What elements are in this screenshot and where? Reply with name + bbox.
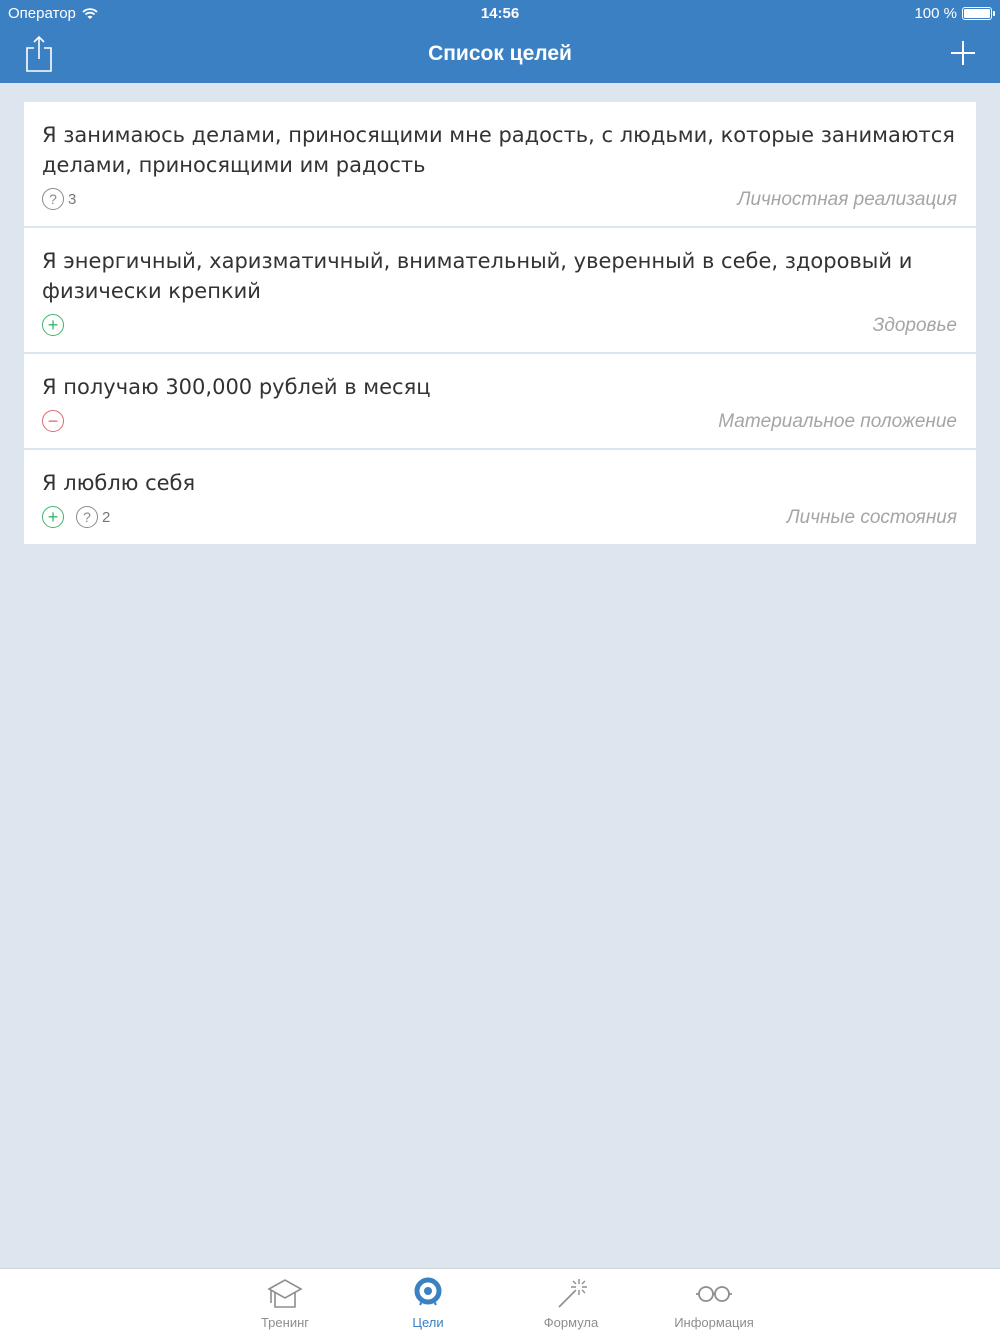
tab-training[interactable]: Тренинг [225,1277,345,1330]
goal-meta: + [42,312,957,338]
minus-circle-icon: − [42,410,64,432]
battery-percent: 100 % [914,5,957,22]
goal-item[interactable]: Я люблю себя + ? 2 Личные состояния [24,450,976,546]
target-icon [408,1277,448,1309]
goal-category: Личные состояния [787,507,957,529]
tab-label: Информация [674,1315,754,1330]
goal-text: Я люблю себя [42,468,957,498]
status-bar: Оператор 14:56 100 % [0,0,1000,28]
status-time: 14:56 [0,5,1000,22]
question-count: 2 [102,509,110,526]
page-title: Список целей [0,42,1000,66]
tab-bar: Тренинг Цели Формула Информация [0,1268,1000,1333]
glasses-icon [694,1277,734,1309]
tab-information[interactable]: Информация [654,1277,774,1330]
plus-circle-icon: + [42,506,64,528]
battery-icon [962,7,992,20]
question-icon: ? [76,506,98,528]
goals-list: Я занимаюсь делами, приносящими мне радо… [24,102,976,546]
goal-item[interactable]: Я занимаюсь делами, приносящими мне радо… [24,102,976,228]
magic-wand-icon [551,1277,591,1309]
graduation-cap-icon [265,1277,305,1309]
add-goal-button[interactable] [950,40,976,66]
question-icon: ? [42,188,64,210]
goal-category: Материальное положение [718,411,957,433]
tab-label: Тренинг [261,1315,309,1330]
plus-icon [950,40,976,66]
goal-category: Личностная реализация [737,189,957,211]
question-count: 3 [68,191,76,208]
tab-label: Цели [412,1315,443,1330]
battery-status: 100 % [914,5,992,22]
goal-item[interactable]: Я энергичный, харизматичный, внимательны… [24,228,976,354]
goal-text: Я энергичный, харизматичный, внимательны… [42,246,957,306]
goal-item[interactable]: Я получаю 300,000 рублей в месяц − Матер… [24,354,976,450]
goal-text: Я занимаюсь делами, приносящими мне радо… [42,120,957,180]
plus-circle-icon: + [42,314,64,336]
navigation-bar: Оператор 14:56 100 % Список целей [0,0,1000,83]
goal-category: Здоровье [873,315,957,337]
tab-goals[interactable]: Цели [368,1277,488,1330]
tab-formula[interactable]: Формула [511,1277,631,1330]
goal-text: Я получаю 300,000 рублей в месяц [42,372,957,402]
tab-label: Формула [544,1315,598,1330]
